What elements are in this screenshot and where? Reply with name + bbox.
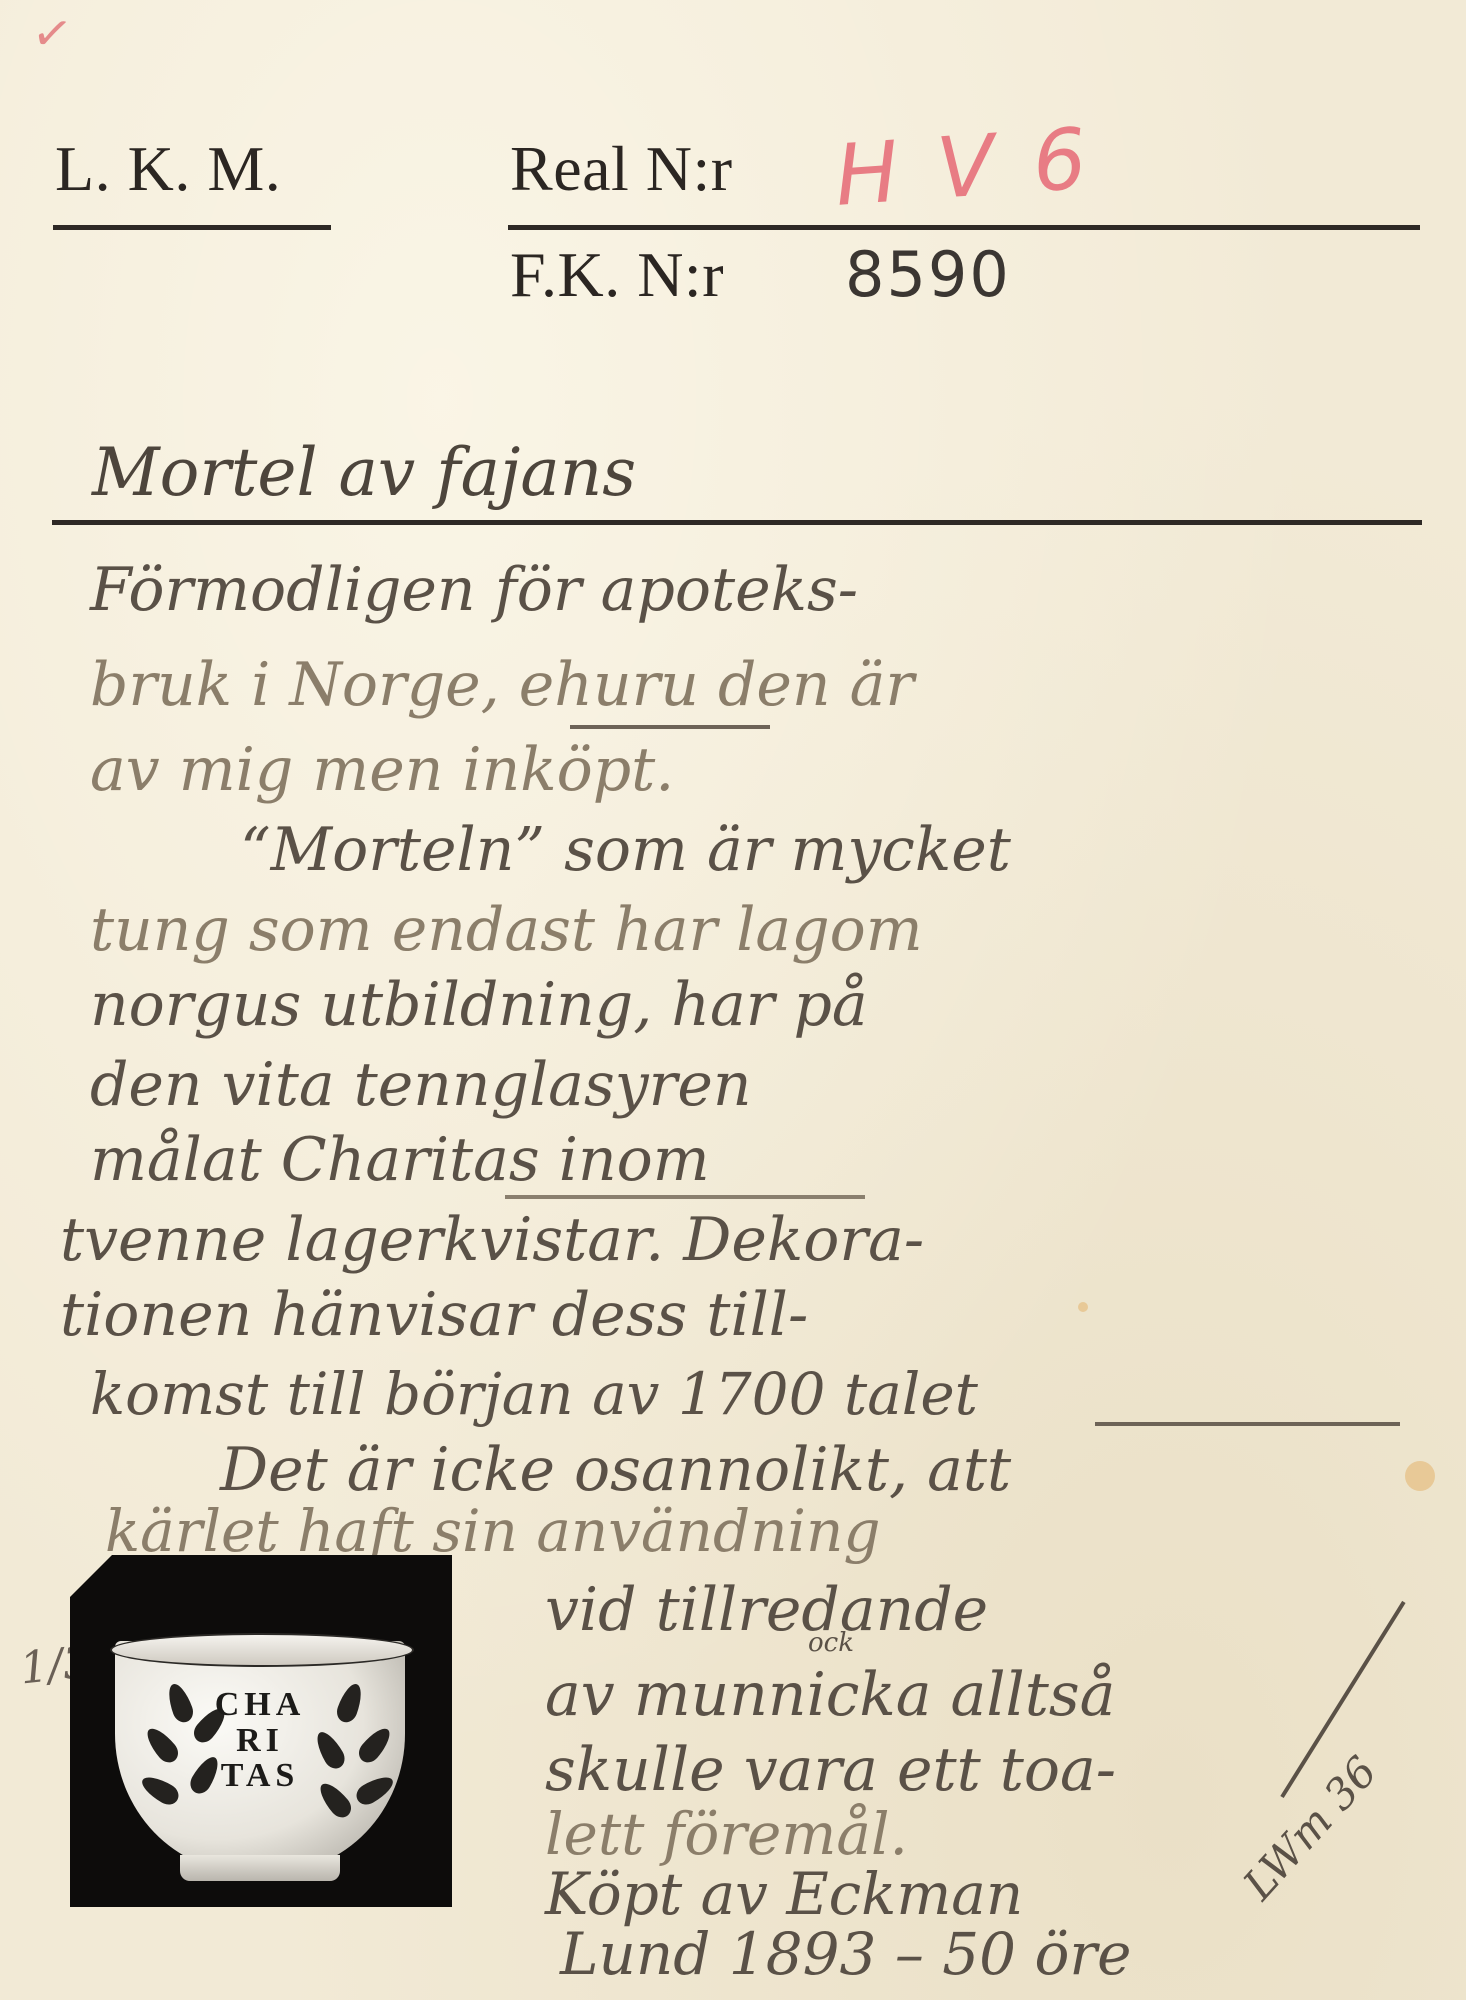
stain [1078, 1302, 1088, 1312]
body-line: bruk i Norge, ehuru den är [90, 655, 914, 715]
body-line: norgus utbildning, har på [90, 975, 868, 1035]
fk-number-value: 8590 [845, 238, 1011, 311]
body-line: tung som endast har lagom [90, 900, 923, 960]
signature: LWm 36 [1234, 1747, 1387, 1909]
body-line: tionen hänvisar dess till- [60, 1285, 808, 1345]
body-line: Lund 1893 – 50 öre [560, 1925, 1131, 1983]
underline-norge [570, 725, 770, 729]
title-rule [52, 520, 1422, 525]
real-number-label: Real N:r [510, 137, 733, 201]
underline-charitas [505, 1195, 865, 1199]
inscription-line: CHA [180, 1687, 340, 1723]
real-number-value: H V 6 [832, 109, 1096, 225]
body-line: komst till början av 1700 talet [90, 1365, 978, 1423]
institution-label: L. K. M. [55, 137, 281, 201]
body-line: av munnicka alltså [545, 1665, 1115, 1725]
body-line: lett föremål. [545, 1805, 908, 1863]
body-line: vid tillredande [545, 1580, 988, 1640]
body-line: av mig men inköpt. [90, 740, 674, 800]
fk-number-label: F.K. N:r [510, 243, 724, 307]
catalog-card: ✓ L. K. M. Real N:r H V 6 F.K. N:r 8590 … [0, 0, 1466, 2000]
check-mark: ✓ [28, 3, 76, 64]
body-line: den vita tennglasyren [90, 1055, 751, 1115]
inscription-line: TAS [180, 1758, 340, 1794]
header-rule [508, 225, 1420, 230]
body-line: Det är icke osannolikt, att [220, 1440, 1011, 1500]
body-line: “Morteln” som är mycket [240, 820, 1011, 880]
body-line: Förmodligen för apoteks- [90, 560, 858, 620]
body-line: målat Charitas inom [90, 1130, 710, 1190]
institution-underline [53, 225, 331, 230]
mortar-foot [180, 1855, 340, 1881]
mortar-rim [110, 1633, 414, 1667]
mortar-photo: CHA RI TAS [70, 1555, 452, 1907]
stain [1405, 1461, 1435, 1491]
underline-1700 [1095, 1422, 1400, 1426]
body-line: skulle vara ett toa- [545, 1740, 1116, 1800]
body-line: Köpt av Eckman [545, 1865, 1023, 1923]
body-line: tvenne lagerkvistar. Dekora- [60, 1210, 924, 1270]
card-title: Mortel av fajans [92, 440, 636, 506]
body-line: kärlet haft sin användning [105, 1502, 880, 1560]
insertion-note: ock [808, 1630, 854, 1656]
inscription-line: RI [180, 1723, 340, 1759]
mortar-inscription: CHA RI TAS [180, 1687, 340, 1794]
